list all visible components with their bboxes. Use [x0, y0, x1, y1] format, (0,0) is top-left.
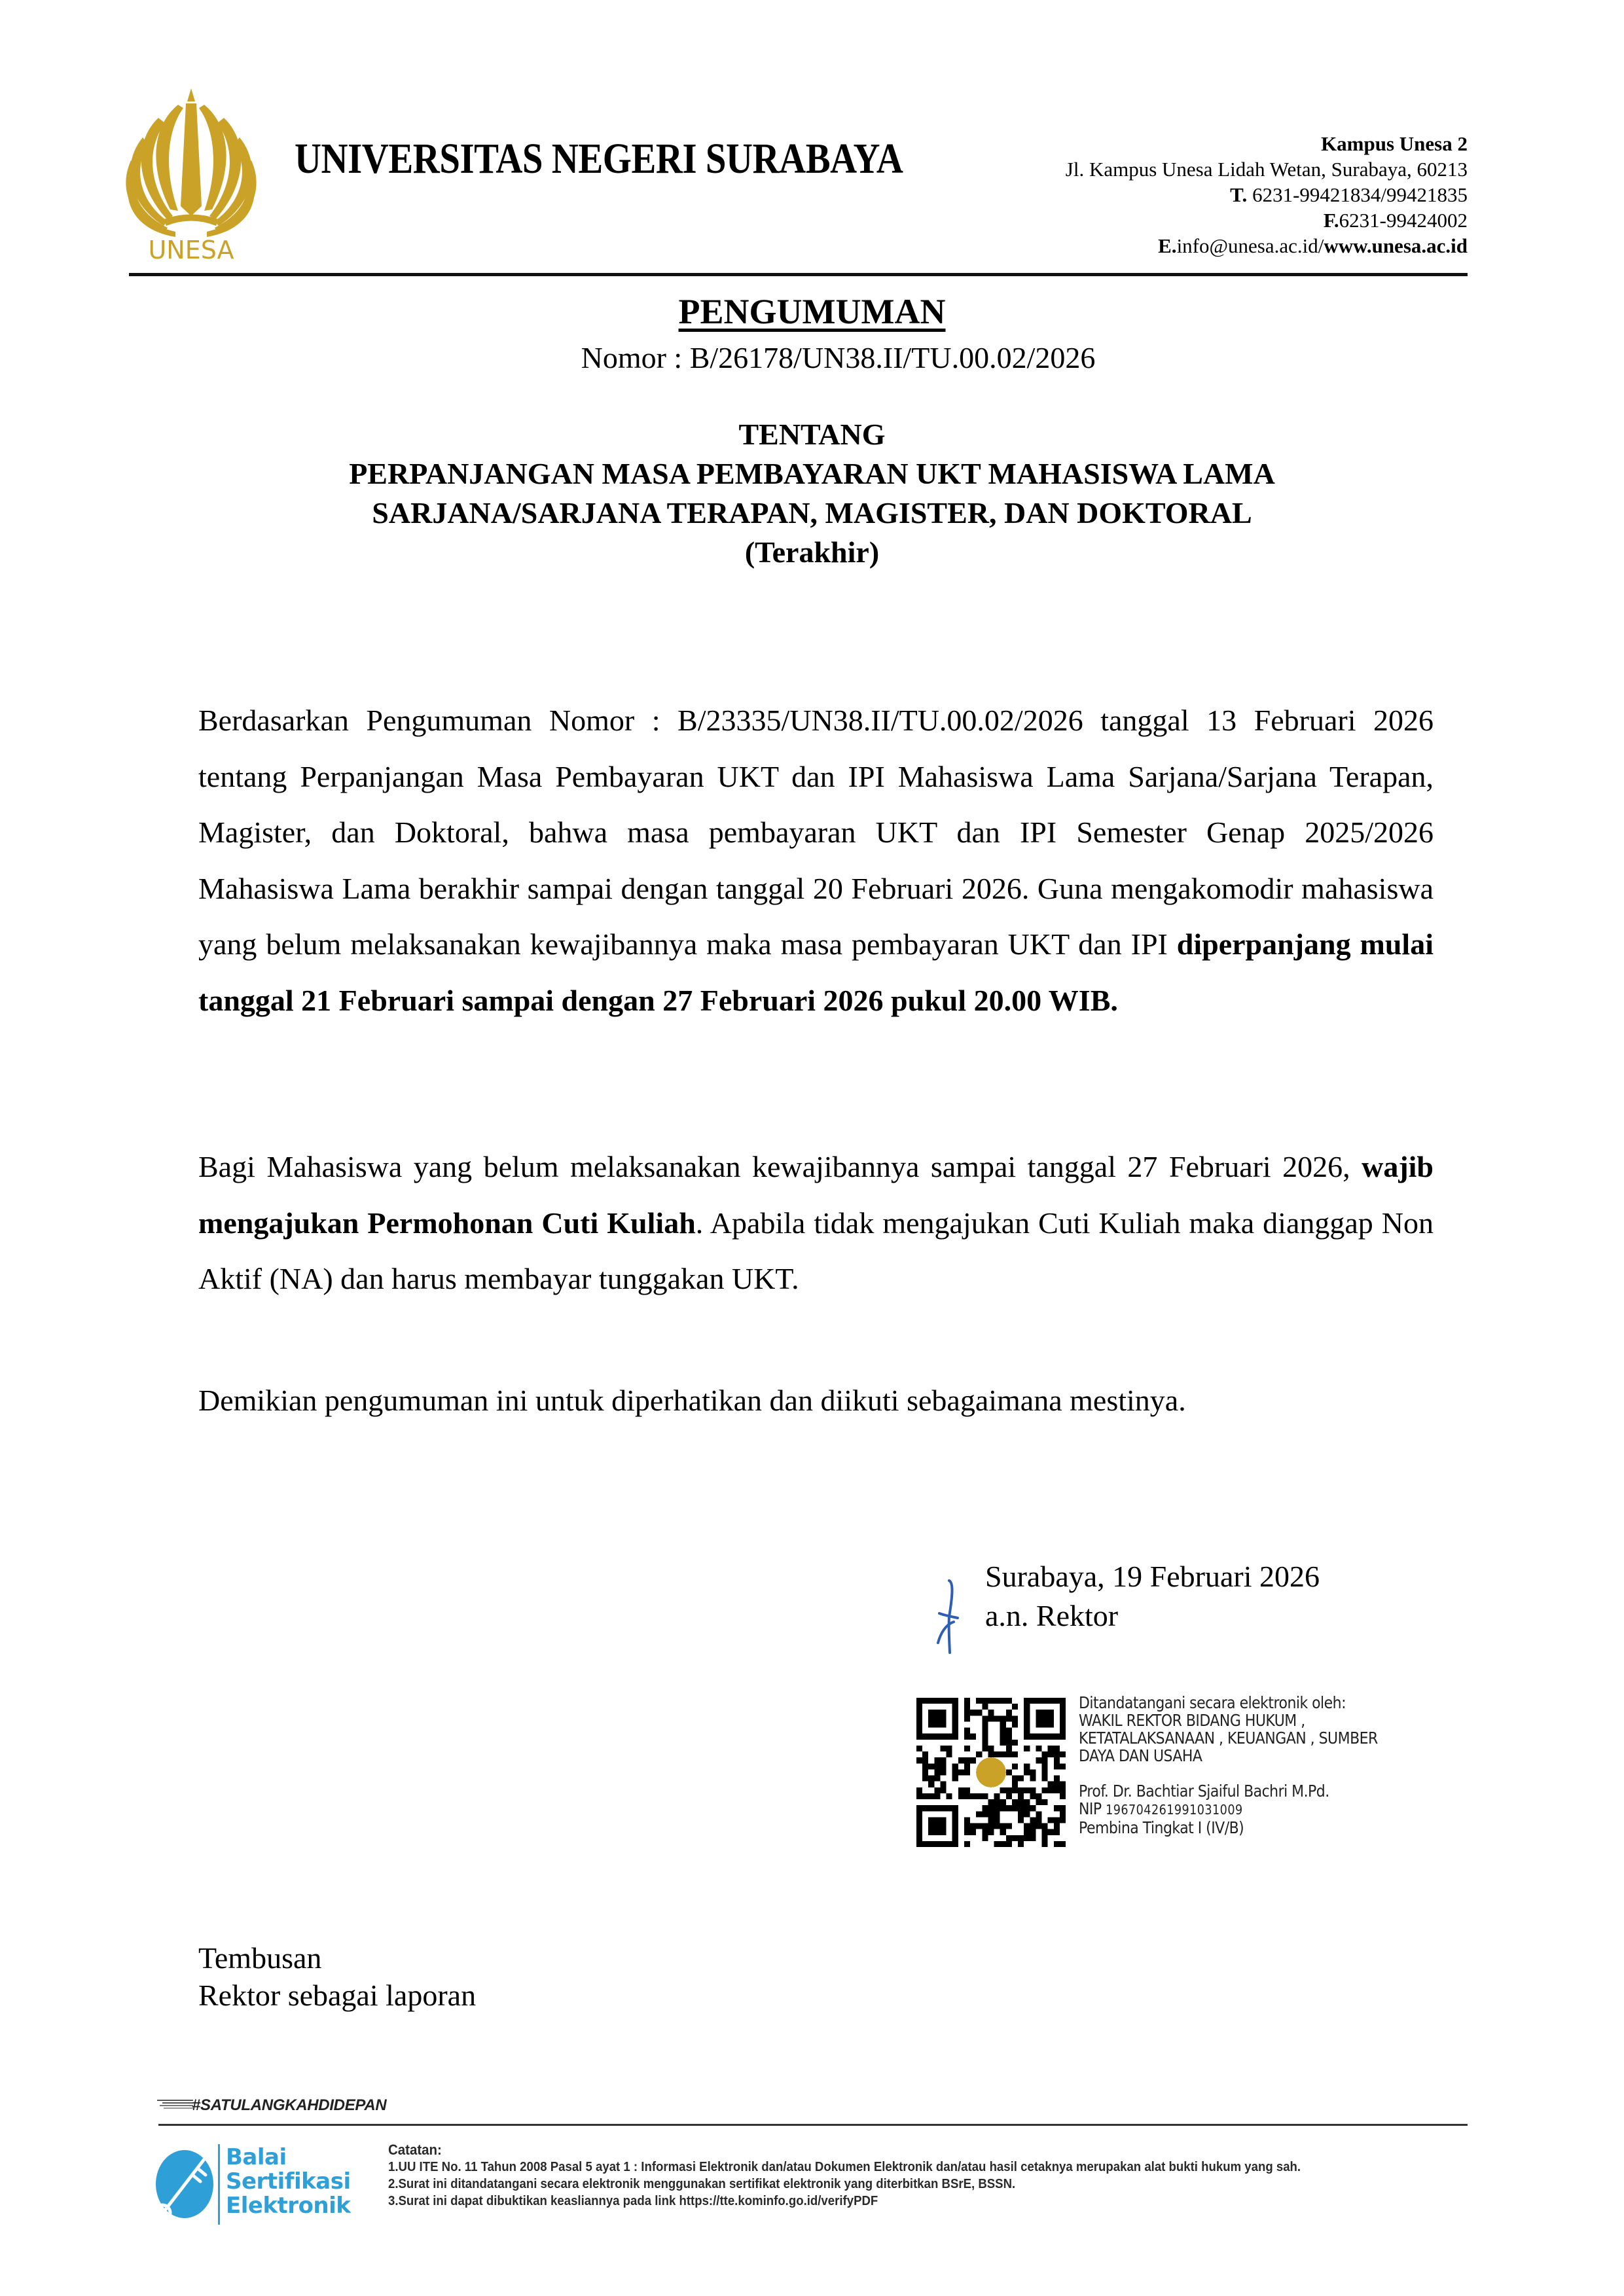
cc-label: Tembusan: [198, 1941, 321, 1975]
signer-name: Prof. Dr. Bachtiar Sjaiful Bachri M.Pd.: [1079, 1782, 1378, 1800]
address: Jl. Kampus Unesa Lidah Wetan, Surabaya, …: [1066, 156, 1468, 182]
subject-line: SARJANA/SARJANA TERAPAN, MAGISTER, DAN D…: [0, 495, 1624, 530]
fax: F.6231-99424002: [1066, 207, 1468, 233]
signer-rank: Pembina Tingkat I (IV/B): [1079, 1819, 1378, 1837]
note-item: 1.UU ITE No. 11 Tahun 2008 Pasal 5 ayat …: [388, 2159, 1301, 2176]
document-title: PENGUMUMAN: [0, 291, 1624, 332]
phone: T. 6231-99421834/99421835: [1066, 182, 1468, 207]
subject-line: PERPANJANGAN MASA PEMBAYARAN UKT MAHASIS…: [0, 456, 1624, 491]
signer-nip: NIP 196704261991031009: [1079, 1800, 1378, 1819]
paragraph-closing: Demikian pengumuman ini untuk diperhatik…: [198, 1372, 1434, 1429]
website-link[interactable]: www.unesa.ac.id: [1324, 234, 1468, 257]
paragraph-obligation: Bagi Mahasiswa yang belum melaksanakan k…: [198, 1139, 1434, 1307]
signer-position: DAYA DAN USAHA: [1079, 1747, 1378, 1765]
footer-divider: [158, 2124, 1468, 2126]
note-item[interactable]: 3.Surat ini dapat dibuktikan keasliannya…: [388, 2193, 1301, 2210]
legal-notes: Catatan: 1.UU ITE No. 11 Tahun 2008 Pasa…: [388, 2142, 1301, 2210]
email-link[interactable]: info@unesa.ac.id/: [1177, 234, 1324, 257]
verification-qr-code-icon[interactable]: [916, 1698, 1066, 1847]
campus-name: Kampus Unesa 2: [1321, 132, 1468, 155]
electronic-signature-block: Ditandatangani secara elektronik oleh: W…: [1079, 1694, 1378, 1837]
bsre-key-logo-icon: [152, 2145, 217, 2223]
signer-position: WAKIL REKTOR BIDANG HUKUM ,: [1079, 1712, 1378, 1729]
contact-block: Kampus Unesa 2 Jl. Kampus Unesa Lidah We…: [1066, 131, 1468, 259]
bsre-name: Balai Sertifikasi Elektronik: [226, 2145, 351, 2218]
initial-scribble-icon: [933, 1577, 965, 1656]
note-item: 2.Surat ini ditandatangani secara elektr…: [388, 2176, 1301, 2193]
signing-place-date: Surabaya, 19 Februari 2026: [985, 1559, 1320, 1594]
about-label: TENTANG: [0, 417, 1624, 452]
email-website: E.info@unesa.ac.id/www.unesa.ac.id: [1066, 233, 1468, 259]
speed-stripes-icon: [157, 2099, 193, 2109]
unesa-logo-icon: UNESA: [118, 85, 265, 262]
cc-recipient: Rektor sebagai laporan: [198, 1978, 476, 2013]
header-divider: [129, 273, 1468, 276]
notes-title: Catatan:: [388, 2142, 1301, 2159]
paragraph-reference: Berdasarkan Pengumuman Nomor : B/23335/U…: [198, 692, 1434, 1028]
bsre-divider: [218, 2144, 220, 2225]
signer-position: KETATALAKSANAAN , KEUANGAN , SUMBER: [1079, 1729, 1378, 1747]
university-name: UNIVERSITAS NEGERI SURABAYA: [295, 134, 903, 184]
subject-line: (Terakhir): [0, 535, 1624, 569]
on-behalf-of: a.n. Rektor: [985, 1598, 1118, 1633]
svg-text:UNESA: UNESA: [148, 236, 234, 262]
tagline: #SATULANGKAHDIDEPAN: [192, 2096, 386, 2115]
document-number: Nomor : B/26178/UN38.II/TU.00.02/2026: [26, 340, 1624, 375]
